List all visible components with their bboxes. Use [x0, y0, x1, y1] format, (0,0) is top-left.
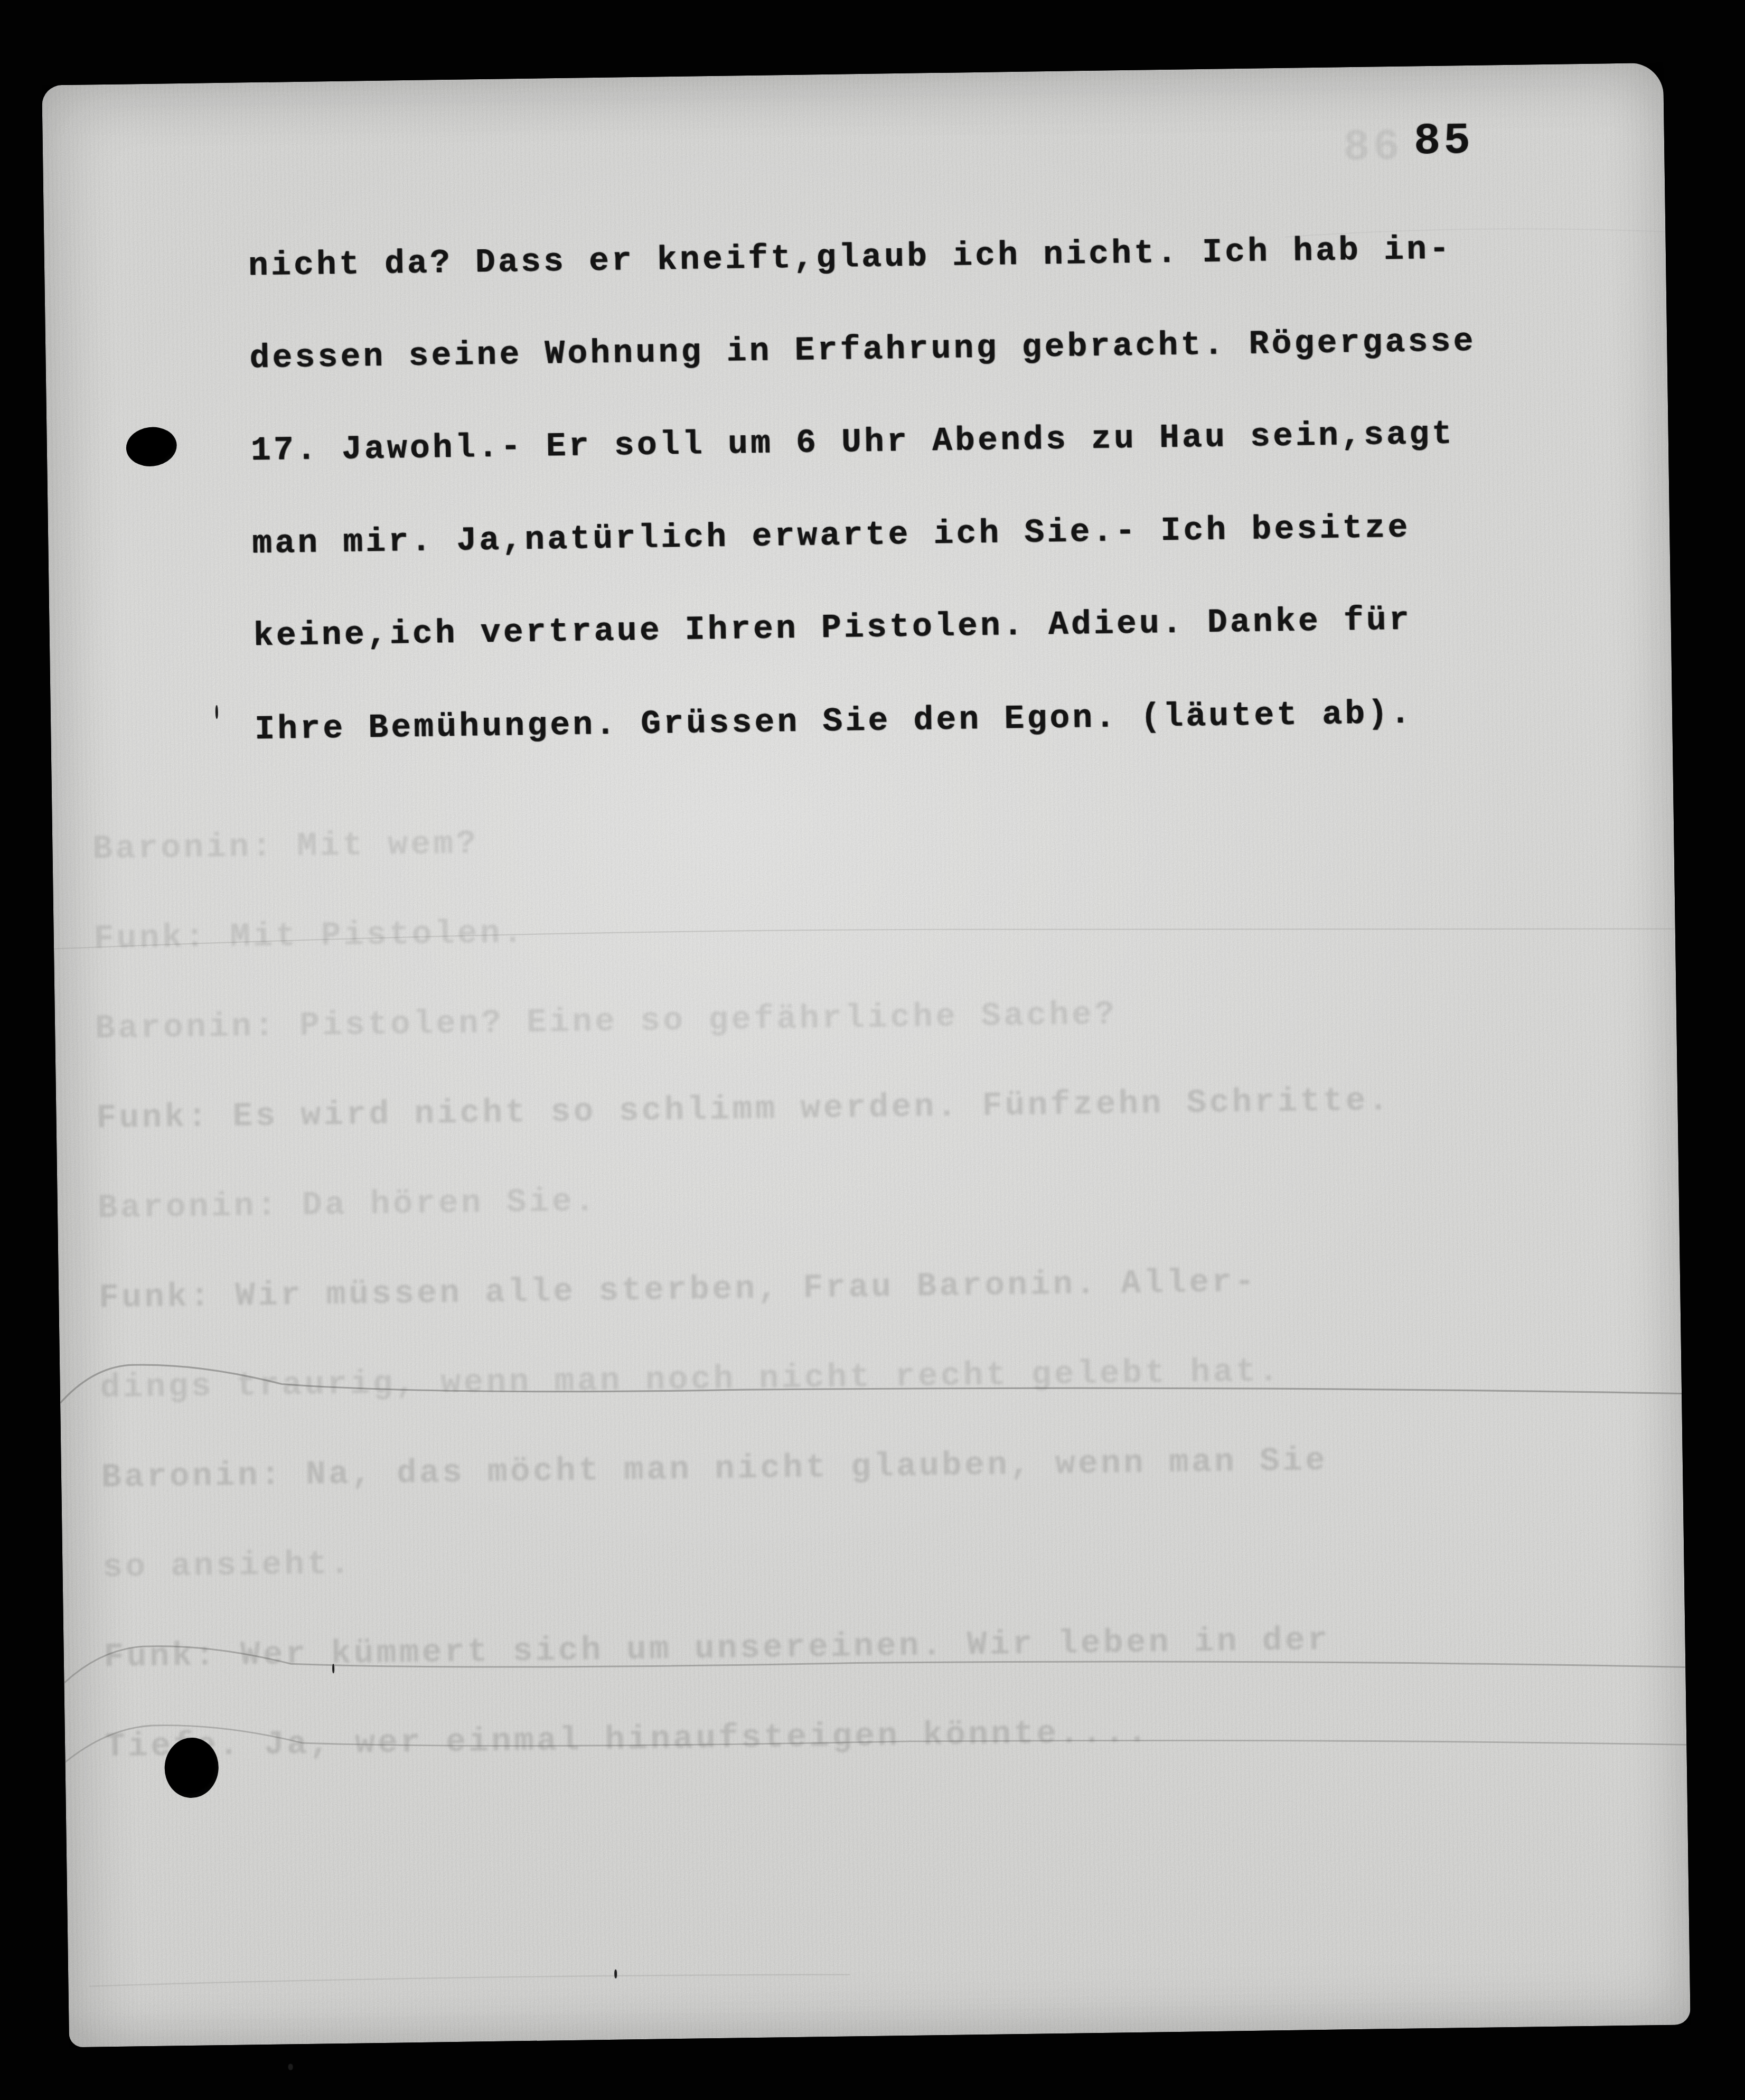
- ghost-line: Baronin: Mit wem?: [92, 825, 479, 868]
- ink-speck: [288, 2064, 293, 2070]
- ghost-line: Funk: Wer kümmert sich um unsereinen. Wi…: [104, 1621, 1330, 1676]
- ghost-line: Baronin: Na, das möcht man nicht glauben…: [101, 1442, 1328, 1496]
- ink-speck: [215, 705, 218, 719]
- ink-speck: [614, 1970, 617, 1979]
- ghost-line: Funk: Es wird nicht so schlimm werden. F…: [96, 1082, 1391, 1137]
- typed-line: Ihre Bemühungen. Grüssen Sie den Egon. (…: [255, 695, 1413, 748]
- typed-line: 17. Jawohl.- Er soll um 6 Uhr Abends zu …: [250, 415, 1455, 470]
- punch-hole-top: [124, 424, 179, 469]
- ghost-page-number: 86: [1343, 123, 1403, 174]
- ink-speck: [332, 1664, 334, 1673]
- typed-line: man mir. Ja,natürlich erwarte ich Sie.- …: [252, 509, 1411, 563]
- ghost-line: dings traurig, wenn man noch nicht recht…: [100, 1353, 1281, 1407]
- ghost-line: Funk: Mit Pistolen.: [93, 914, 526, 958]
- scanned-document: 86 85 nicht da? Dass er kneift,glaub ich…: [0, 0, 1745, 2100]
- paper-sheet: 86 85 nicht da? Dass er kneift,glaub ich…: [42, 63, 1691, 2048]
- typed-line: nicht da? Dass er kneift,glaub ich nicht…: [248, 230, 1452, 285]
- typed-line: keine,ich vertraue Ihren Pistolen. Adieu…: [253, 602, 1412, 655]
- ghost-line: Tiefe. Ja, wer einmal hinaufsteigen könn…: [105, 1714, 1150, 1766]
- ghost-line: Baronin: Da hören Sie.: [97, 1183, 597, 1227]
- typed-line: dessen seine Wohnung in Erfahrung gebrac…: [249, 323, 1476, 377]
- ghost-line: so ansieht.: [102, 1545, 353, 1587]
- ghost-line: Funk: Wir müssen alle sterben, Frau Baro…: [99, 1263, 1258, 1317]
- page-number: 85: [1413, 116, 1474, 167]
- ghost-line: Baronin: Pistolen? Eine so gefährliche S…: [95, 996, 1118, 1047]
- crease-line: [89, 1972, 850, 1986]
